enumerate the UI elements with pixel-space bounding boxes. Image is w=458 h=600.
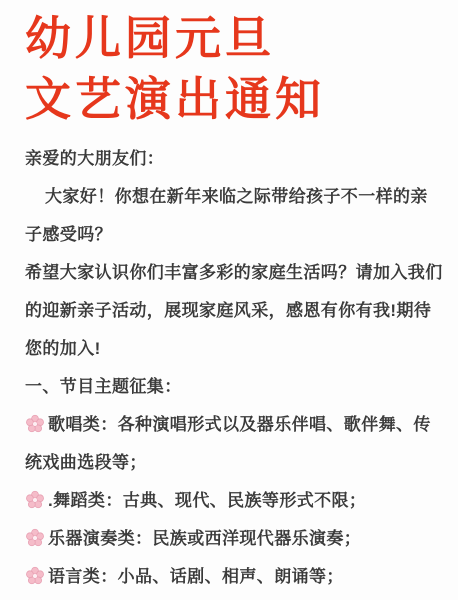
- bullet-singing-continuation: 统戏曲选段等；: [25, 444, 438, 482]
- notice-document: 幼儿园元旦 文艺演出通知 亲爱的大朋友们： 大家好！你想在新年来临之际带给孩子不…: [0, 0, 458, 600]
- bullet-language-text: 语言类：小品、话剧、相声、朗诵等；: [48, 567, 344, 586]
- bullet-instrument-text: 乐器演奏类：民族或西洋现代器乐演奏；: [48, 529, 361, 548]
- invitation-line-1: 希望大家认识你们丰富多彩的家庭生活吗？请加入我们: [25, 254, 438, 292]
- bullet-language: 语言类：小品、话剧、相声、朗诵等；: [25, 558, 438, 596]
- bullet-instrument: 乐器演奏类：民族或西洋现代器乐演奏；: [25, 520, 438, 558]
- salutation-line: 亲爱的大朋友们：: [25, 140, 438, 178]
- sakura-flower-icon: [25, 490, 45, 510]
- title-line-1: 幼儿园元旦: [25, 8, 438, 69]
- invitation-line-2: 的迎新亲子活动，展现家庭风采，感恩有你有我!期待: [25, 292, 438, 330]
- notice-title: 幼儿园元旦 文艺演出通知: [25, 8, 438, 130]
- notice-body: 亲爱的大朋友们： 大家好！你想在新年来临之际带给孩子不一样的亲 子感受吗？ 希望…: [25, 140, 438, 596]
- invitation-line-3: 您的加入!: [25, 330, 438, 368]
- sakura-flower-icon: [25, 528, 45, 548]
- bullet-dance: .舞蹈类：古典、现代、民族等形式不限；: [25, 482, 438, 520]
- section-heading: 一、节目主题征集：: [25, 368, 438, 406]
- bullet-singing-text: 歌唱类：各种演唱形式以及器乐伴唱、歌伴舞、传: [48, 415, 431, 434]
- bullet-dance-text: .舞蹈类：古典、现代、民族等形式不限；: [48, 491, 366, 510]
- greeting-line-1: 大家好！你想在新年来临之际带给孩子不一样的亲: [25, 178, 438, 216]
- title-line-2: 文艺演出通知: [25, 69, 438, 130]
- greeting-line-2: 子感受吗？: [25, 216, 438, 254]
- sakura-flower-icon: [25, 414, 45, 434]
- sakura-flower-icon: [25, 566, 45, 586]
- bullet-singing: 歌唱类：各种演唱形式以及器乐伴唱、歌伴舞、传: [25, 406, 438, 444]
